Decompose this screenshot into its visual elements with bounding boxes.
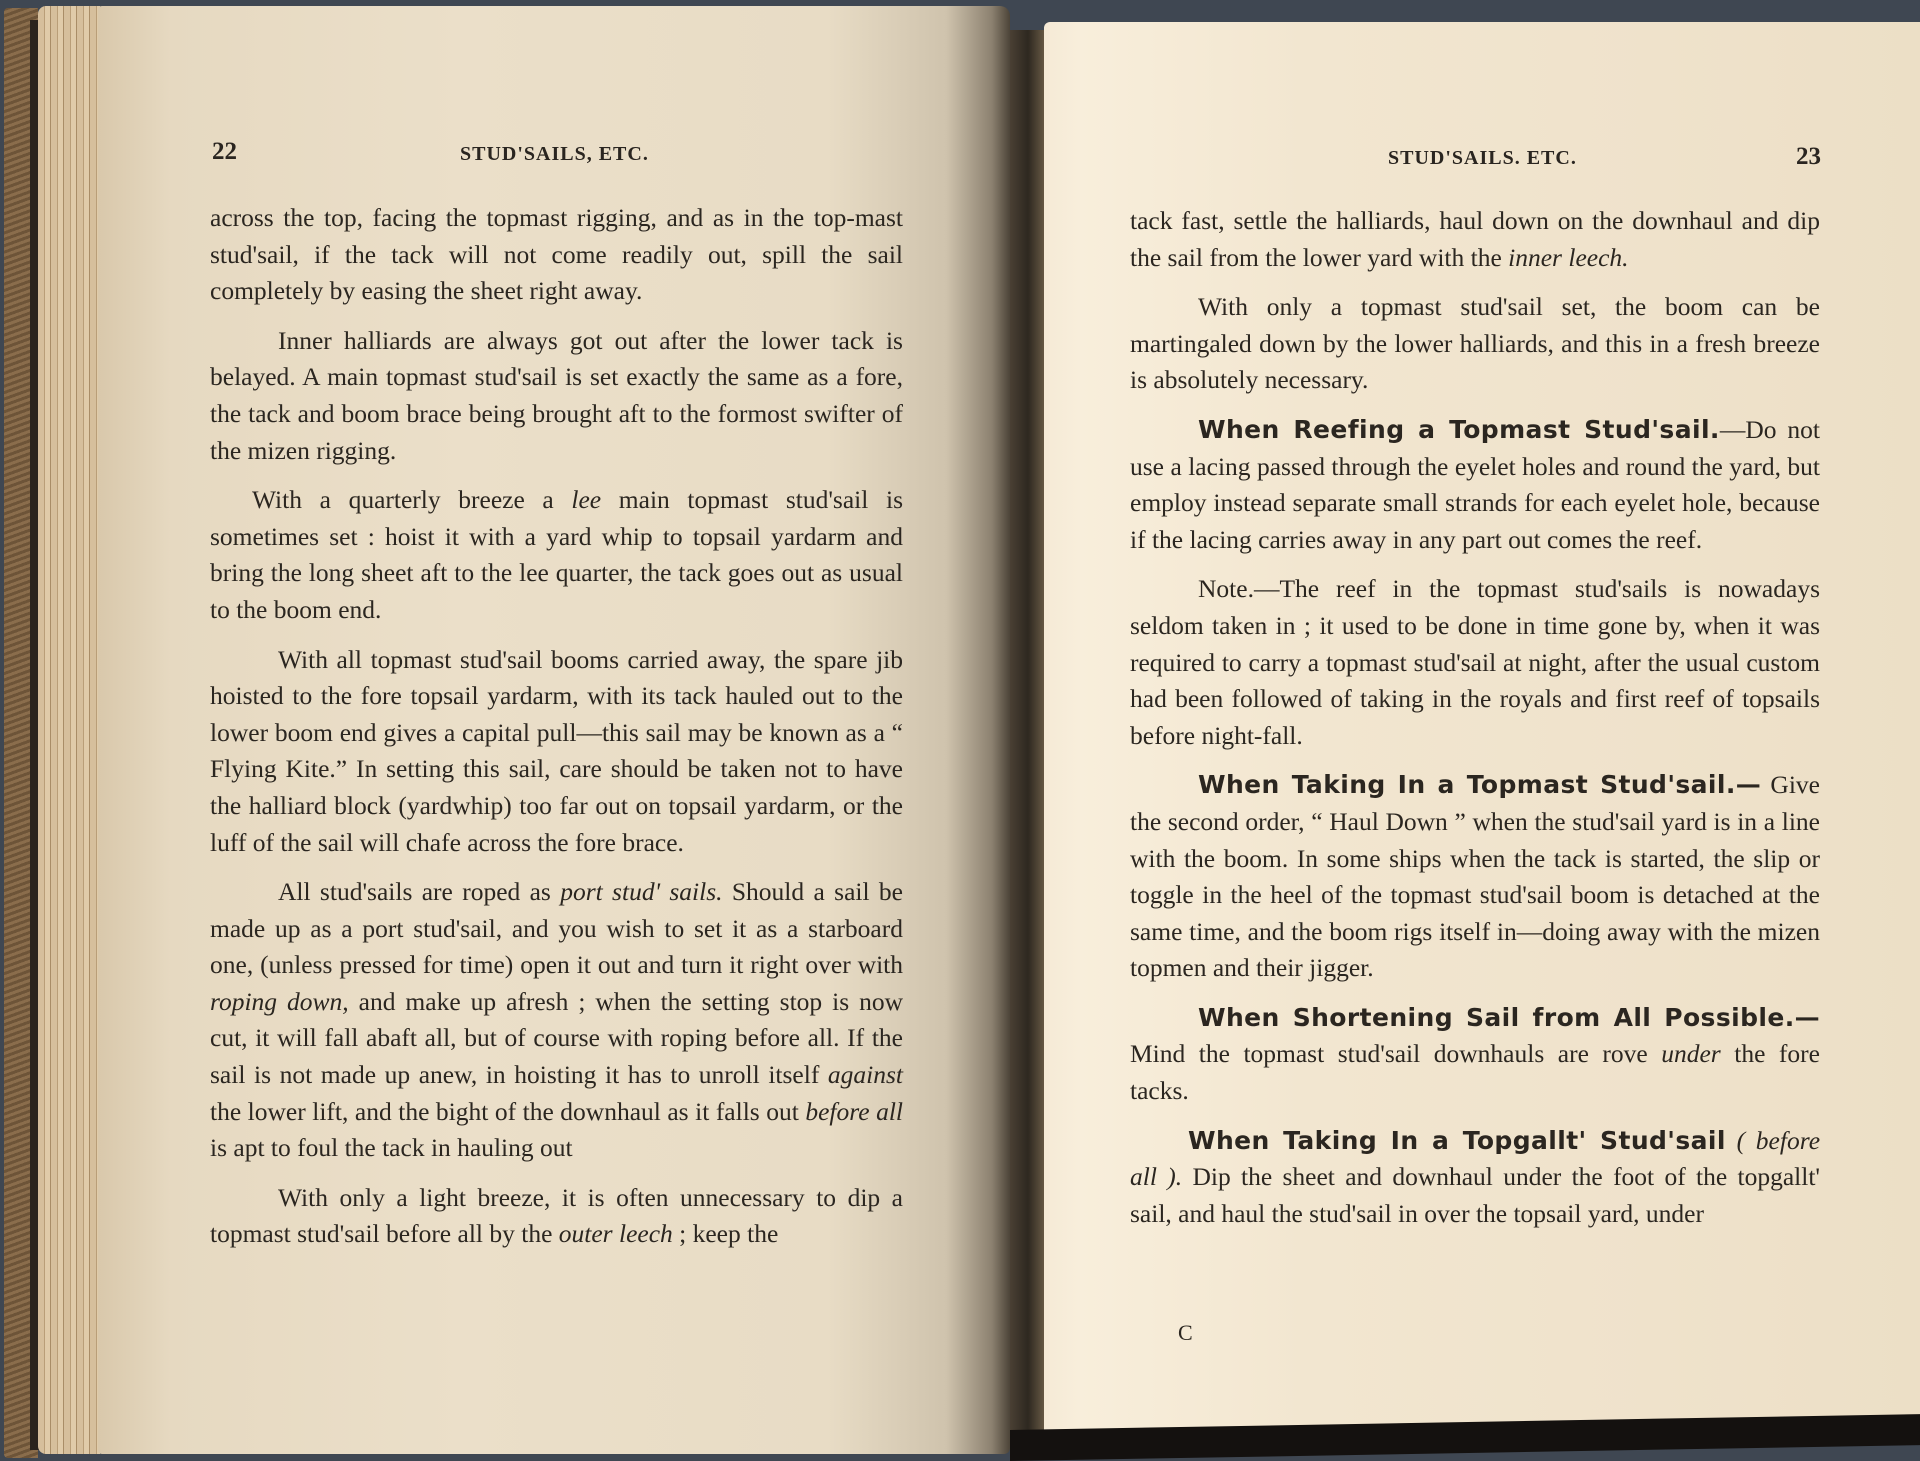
gutter-shadow xyxy=(1010,30,1046,1460)
page-edges xyxy=(38,6,100,1454)
paragraph: When Taking In a Topmast Stud'sail.— Giv… xyxy=(1130,767,1820,987)
paragraph: With a quarterly breeze a lee main topma… xyxy=(210,482,903,628)
paragraph: Note.—The reef in the topmast stud'sails… xyxy=(1130,571,1820,754)
page-number-left: 22 xyxy=(212,138,237,166)
paragraph: When Reefing a Topmast Stud'sail.—Do not… xyxy=(1130,412,1820,558)
paragraph: All stud'sails are roped as port stud' s… xyxy=(210,874,903,1167)
left-page-body: across the top, facing the topmast riggi… xyxy=(210,200,903,1266)
section-heading: When Reefing a Topmast Stud'sail. xyxy=(1198,415,1720,444)
running-head-right: STUD'SAILS. ETC. xyxy=(1388,147,1577,170)
section-heading: When Taking In a Topmast Stud'sail.— xyxy=(1198,770,1761,799)
paragraph: across the top, facing the topmast riggi… xyxy=(210,200,903,310)
paragraph: With only a topmast stud'sail set, the b… xyxy=(1130,289,1820,399)
running-head-left: STUD'SAILS, ETC. xyxy=(460,143,649,166)
open-book: 22 STUD'SAILS, ETC. across the top, faci… xyxy=(0,0,1920,1461)
page-number-right: 23 xyxy=(1796,143,1821,171)
paragraph: With all topmast stud'sail booms carried… xyxy=(210,642,903,862)
paragraph: When Taking In a Topgallt' Stud'sail ( b… xyxy=(1130,1123,1820,1233)
section-heading: When Taking In a Topgallt' Stud'sail xyxy=(1188,1126,1726,1155)
section-heading: When Shortening Sail from All Possible.— xyxy=(1198,1003,1820,1032)
signature-mark: C xyxy=(1178,1320,1193,1346)
paragraph: tack fast, settle the halliards, haul do… xyxy=(1130,203,1820,276)
paragraph: Inner halliards are always got out after… xyxy=(210,323,903,469)
paragraph: With only a light breeze, it is often un… xyxy=(210,1180,903,1253)
right-page-body: tack fast, settle the halliards, haul do… xyxy=(1130,203,1820,1245)
paragraph: When Shortening Sail from All Possible.—… xyxy=(1130,1000,1820,1110)
